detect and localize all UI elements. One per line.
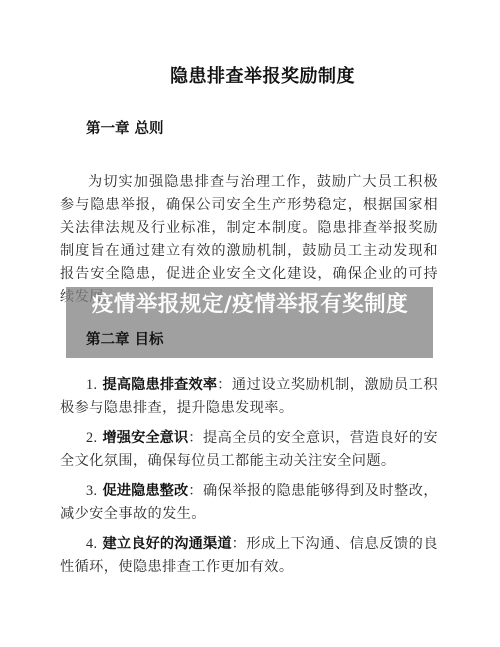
chapter-heading-goals: 第二章 目标 xyxy=(86,328,164,349)
document-title: 隐患排查举报奖励制度 xyxy=(0,62,500,88)
overlay-caption-text: 疫情举报规定/疫情举报有奖制度 xyxy=(75,289,425,320)
goal-item-colon: ： xyxy=(188,430,203,446)
goal-item-number: 2. xyxy=(86,430,97,446)
goal-item: 4. 建立良好的沟通渠道：形成上下沟通、信息反馈的良性循环，使隐患排查工作更加有… xyxy=(60,533,438,579)
goal-item-number: 1. xyxy=(86,377,97,393)
goal-item-term: 提高隐患排查效率 xyxy=(103,377,218,393)
goal-item: 2. 增强安全意识：提高全员的安全意识，营造良好的安全文化氛围，确保每位员工都能… xyxy=(60,427,438,473)
goal-item-term: 增强安全意识 xyxy=(102,430,188,446)
document-page: 隐患排查举报奖励制度 第一章 总则 为切实加强隐患排查与治理工作，鼓励广大员工积… xyxy=(0,0,500,647)
chapter-heading-general: 第一章 总则 xyxy=(86,117,164,138)
goal-item-number: 3. xyxy=(86,483,97,499)
goal-item: 1. 提高隐患排查效率：通过设立奖励机制，激励员工积极参与隐患排查，提升隐患发现… xyxy=(60,374,438,420)
goal-item-term: 促进隐患整改 xyxy=(102,483,188,499)
goal-item-number: 4. xyxy=(86,536,97,552)
goal-item-colon: ： xyxy=(217,377,232,393)
goal-item-colon: ： xyxy=(232,536,247,552)
goal-item-term: 建立良好的沟通渠道 xyxy=(103,536,232,552)
goal-item: 3. 促进隐患整改：确保举报的隐患能够得到及时整改，减少安全事故的发生。 xyxy=(60,480,438,526)
goal-item-colon: ： xyxy=(188,483,203,499)
